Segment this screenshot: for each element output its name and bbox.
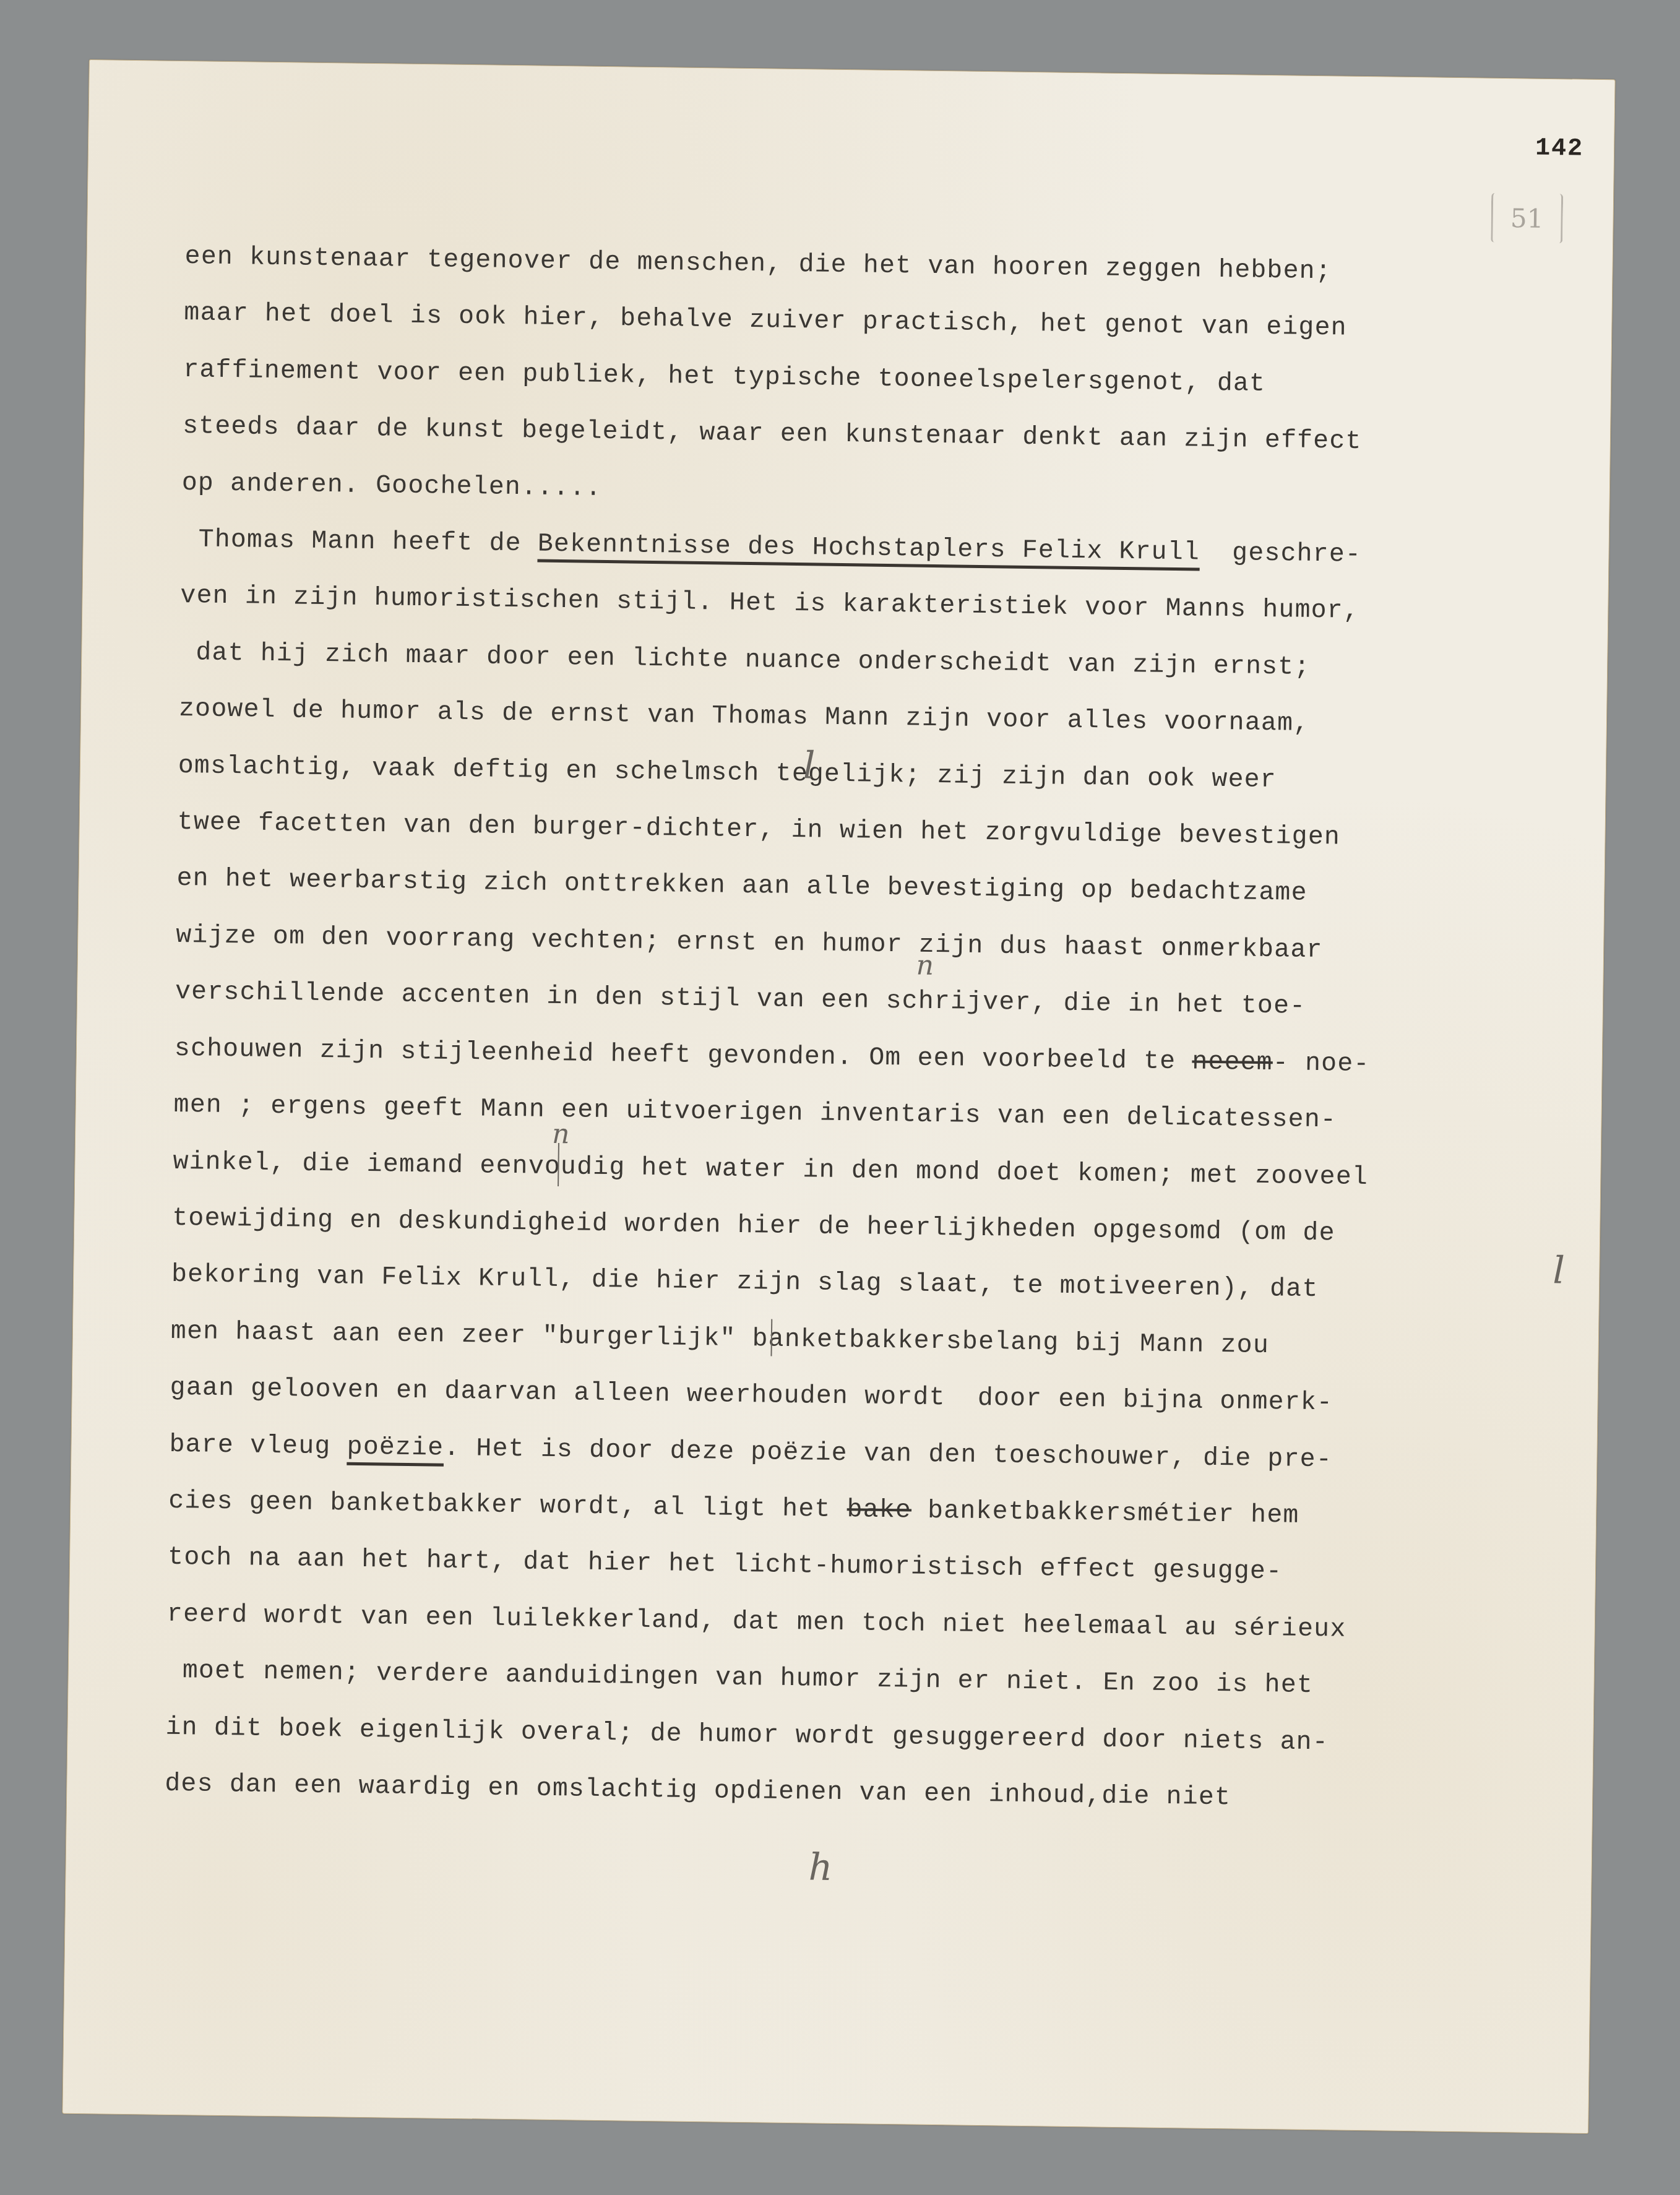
struck-text: bake (846, 1495, 911, 1525)
text-segment: - noe- (1273, 1048, 1370, 1079)
book-title-underlined: Bekenntnisse des Hochstaplers Felix Krul… (538, 530, 1200, 567)
handwritten-correction: n (916, 950, 934, 981)
body-text: een kunstenaar tegenover de menschen, di… (165, 228, 1608, 1831)
text-segment: banketbakkersmétier hem (911, 1496, 1299, 1530)
page-number: 142 (1535, 135, 1584, 163)
handwritten-correction: l (1553, 1249, 1565, 1292)
handwritten-correction: n (552, 1118, 570, 1150)
text-segment: cies geen banketbakker wordt, al ligt he… (168, 1486, 847, 1524)
handwritten-correction: l (803, 744, 816, 787)
handwritten-correction: h (808, 1845, 833, 1889)
text-segment: . Het is door deze poëzie van den toesch… (444, 1433, 1332, 1474)
archive-number-label: 51 (1510, 203, 1544, 234)
underlined-word: poëzie (347, 1432, 444, 1462)
text-segment: bare vleug (169, 1430, 347, 1461)
text-segment: Thomas Mann heeft de (198, 525, 538, 558)
text-segment: geschre- (1200, 538, 1362, 569)
typescript-page: 142 51 een kunstenaar tegenover de mensc… (62, 59, 1615, 2134)
archive-number-pencil: 51 (1491, 193, 1563, 244)
struck-text: neeem (1192, 1047, 1273, 1077)
text-segment: schouwen zijn stijleenheid heeft gevonde… (174, 1034, 1192, 1077)
